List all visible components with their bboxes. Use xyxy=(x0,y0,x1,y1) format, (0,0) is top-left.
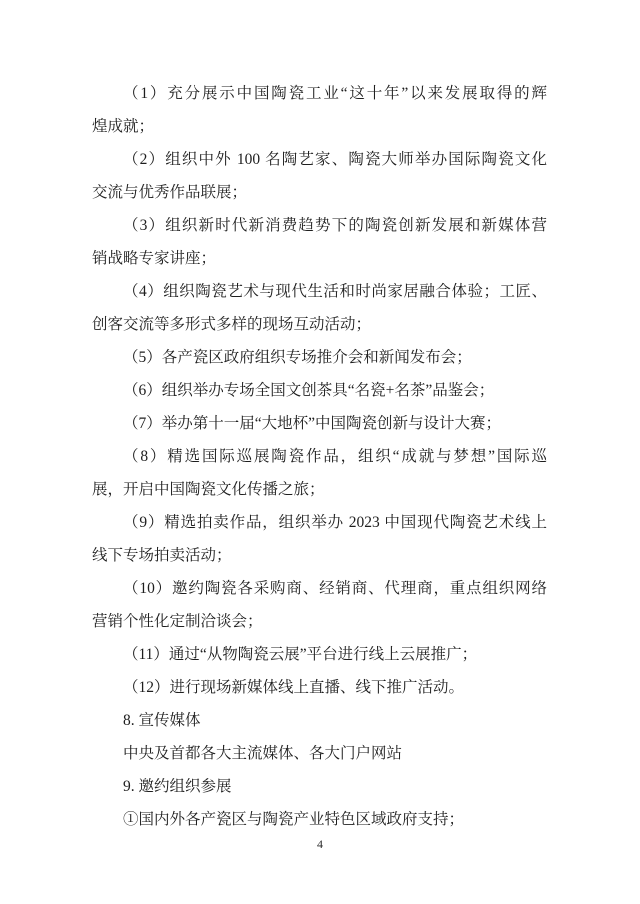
paragraph-line: （5）各产瓷区政府组织专场推介会和新闻发布会； xyxy=(92,341,547,374)
paragraph-line: （4）组织陶瓷艺术与现代生活和时尚家居融合体验；工匠、 xyxy=(92,275,547,308)
paragraph: 9. 邀约组织参展 xyxy=(92,770,547,803)
paragraph: 8. 宣传媒体 xyxy=(92,704,547,737)
paragraph: （1）充分展示中国陶瓷工业“这十年”以来发展取得的辉煌成就； xyxy=(92,77,547,143)
paragraph: （5）各产瓷区政府组织专场推介会和新闻发布会； xyxy=(92,341,547,374)
document-body: （1）充分展示中国陶瓷工业“这十年”以来发展取得的辉煌成就；（2）组织中外 10… xyxy=(92,77,547,836)
paragraph: （4）组织陶瓷艺术与现代生活和时尚家居融合体验；工匠、创客交流等多形式多样的现场… xyxy=(92,275,547,341)
paragraph-line: 8. 宣传媒体 xyxy=(92,704,547,737)
paragraph-line: （2）组织中外 100 名陶艺家、陶瓷大师举办国际陶瓷文化 xyxy=(92,143,547,176)
paragraph: （8）精选国际巡展陶瓷作品，组织“成就与梦想”国际巡展，开启中国陶瓷文化传播之旅… xyxy=(92,440,547,506)
paragraph-line: 煌成就； xyxy=(92,110,547,143)
paragraph: （7）举办第十一届“大地杯”中国陶瓷创新与设计大赛； xyxy=(92,407,547,440)
paragraph-line: ①国内外各产瓷区与陶瓷产业特色区域政府支持； xyxy=(92,803,547,836)
paragraph-line: 创客交流等多形式多样的现场互动活动； xyxy=(92,308,547,341)
paragraph-line: （9）精选拍卖作品，组织举办 2023 中国现代陶瓷艺术线上 xyxy=(92,506,547,539)
paragraph-line: 中央及首都各大主流媒体、各大门户网站 xyxy=(92,737,547,770)
paragraph: （11）通过“从物陶瓷云展”平台进行线上云展推广； xyxy=(92,638,547,671)
paragraph-line: （8）精选国际巡展陶瓷作品，组织“成就与梦想”国际巡 xyxy=(92,440,547,473)
paragraph-line: 销战略专家讲座； xyxy=(92,242,547,275)
document-page: （1）充分展示中国陶瓷工业“这十年”以来发展取得的辉煌成就；（2）组织中外 10… xyxy=(0,0,640,904)
paragraph-line: 线下专场拍卖活动； xyxy=(92,539,547,572)
paragraph-line: 展，开启中国陶瓷文化传播之旅； xyxy=(92,473,547,506)
paragraph-line: （3）组织新时代新消费趋势下的陶瓷创新发展和新媒体营 xyxy=(92,209,547,242)
paragraph-line: （12）进行现场新媒体线上直播、线下推广活动。 xyxy=(92,671,547,704)
paragraph-line: （7）举办第十一届“大地杯”中国陶瓷创新与设计大赛； xyxy=(92,407,547,440)
paragraph: （12）进行现场新媒体线上直播、线下推广活动。 xyxy=(92,671,547,704)
page-number: 4 xyxy=(0,836,640,852)
paragraph: ①国内外各产瓷区与陶瓷产业特色区域政府支持； xyxy=(92,803,547,836)
paragraph: （6）组织举办专场全国文创茶具“名瓷+名茶”品鉴会； xyxy=(92,374,547,407)
paragraph-line: （6）组织举办专场全国文创茶具“名瓷+名茶”品鉴会； xyxy=(92,374,547,407)
paragraph: 中央及首都各大主流媒体、各大门户网站 xyxy=(92,737,547,770)
paragraph: （3）组织新时代新消费趋势下的陶瓷创新发展和新媒体营销战略专家讲座； xyxy=(92,209,547,275)
paragraph-line: 交流与优秀作品联展； xyxy=(92,176,547,209)
paragraph-line: （10）邀约陶瓷各采购商、经销商、代理商，重点组织网络 xyxy=(92,572,547,605)
paragraph-line: 9. 邀约组织参展 xyxy=(92,770,547,803)
paragraph: （2）组织中外 100 名陶艺家、陶瓷大师举办国际陶瓷文化交流与优秀作品联展； xyxy=(92,143,547,209)
paragraph: （10）邀约陶瓷各采购商、经销商、代理商，重点组织网络营销个性化定制洽谈会； xyxy=(92,572,547,638)
paragraph: （9）精选拍卖作品，组织举办 2023 中国现代陶瓷艺术线上线下专场拍卖活动； xyxy=(92,506,547,572)
paragraph-line: （1）充分展示中国陶瓷工业“这十年”以来发展取得的辉 xyxy=(92,77,547,110)
paragraph-line: 营销个性化定制洽谈会； xyxy=(92,605,547,638)
paragraph-line: （11）通过“从物陶瓷云展”平台进行线上云展推广； xyxy=(92,638,547,671)
